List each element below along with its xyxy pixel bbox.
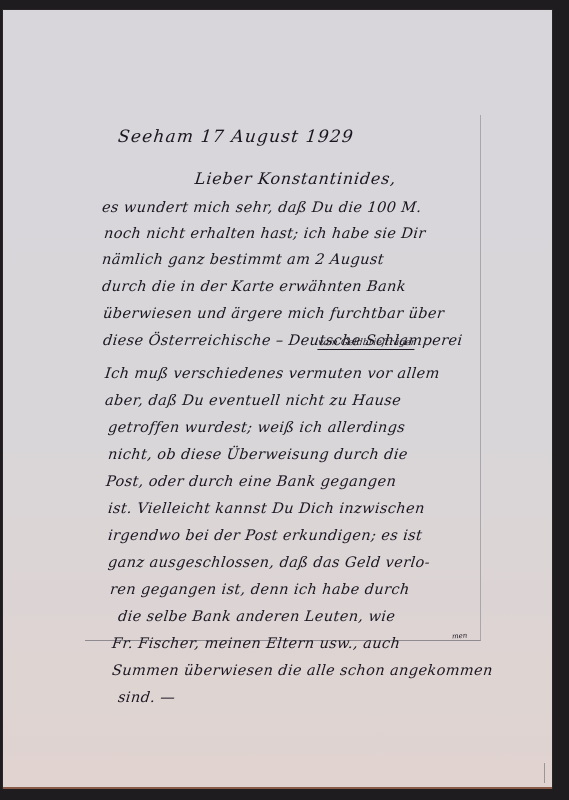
body-line-9: getroffen wurdest; weiß ich allerdings — [107, 420, 406, 436]
body-line-8: aber, daß Du eventuell nicht zu Hause — [104, 393, 402, 409]
salutation: Lieber Konstantinides, — [194, 169, 397, 188]
body-line-15: ren gegangen ist, denn ich habe durch — [109, 582, 410, 598]
body-line-18: Summen überwiesen die alle schon angekom… — [111, 663, 493, 679]
body-line-13: irgendwo bei der Post erkundigen; es ist — [107, 528, 423, 544]
body-line-12: ist. Vielleicht kannst Du Dich inzwische… — [107, 501, 425, 517]
body-line-17: Fr. Fischer, meinen Eltern usw., auch — [111, 636, 401, 652]
margin-note: men — [452, 631, 468, 640]
body-line-5: überwiesen und ärgere mich furchtbar übe… — [102, 306, 445, 322]
body-line-10: nicht, ob diese Überweisung durch die — [107, 447, 408, 463]
body-line-3: nämlich ganz bestimmt am 2 August — [101, 252, 385, 268]
body-line-7: Ich muß verschiedenes vermuten vor allem — [104, 366, 440, 382]
handwritten-letter: Seeham 17 August 1929 Lieber Konstantini… — [0, 0, 569, 800]
body-line-14: ganz ausgeschlossen, daß das Geld verlo- — [107, 555, 431, 571]
body-line-16: die selbe Bank anderen Leuten, wie — [117, 609, 396, 625]
dateline: Seeham 17 August 1929 — [117, 127, 355, 147]
body-line-1: es wundert mich sehr, daß Du die 100 M. — [101, 200, 422, 216]
interlinear-insertion: vom Geldbriefträger — [317, 338, 415, 350]
closing-text: sind. — — [117, 690, 176, 706]
body-line-4: durch die in der Karte erwähnten Bank — [101, 279, 407, 295]
body-line-2: noch nicht erhalten hast; ich habe sie D… — [103, 226, 426, 242]
body-line-11: Post, oder durch eine Bank gegangen — [105, 474, 397, 490]
body-line-19: sind. — — [117, 690, 176, 706]
